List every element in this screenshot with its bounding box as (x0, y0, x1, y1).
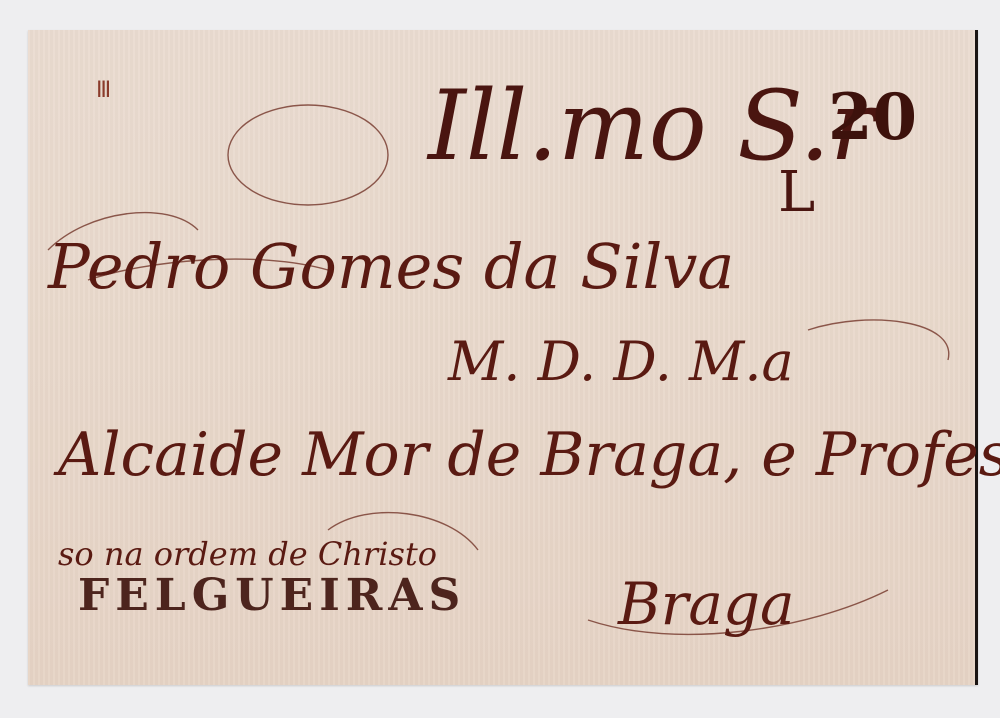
destination: Braga (618, 570, 795, 638)
letter-cover: Ⅲ Ill.mo S.r 20 L Pedro Gomes da Silva M… (28, 30, 978, 685)
addressee-name: Pedro Gomes da Silva (48, 230, 734, 303)
honorific: M. D. D. M.a (448, 330, 794, 393)
title-line-2: so na ordem de Christo (58, 535, 437, 573)
corner-mark: Ⅲ (96, 78, 111, 103)
title-line: Alcaide Mor de Braga, e Profes (58, 420, 1000, 490)
rate-mark-secondary: L (778, 160, 815, 225)
town-postmark: FELGUEIRAS (78, 570, 466, 621)
rate-mark: 20 (828, 80, 917, 155)
